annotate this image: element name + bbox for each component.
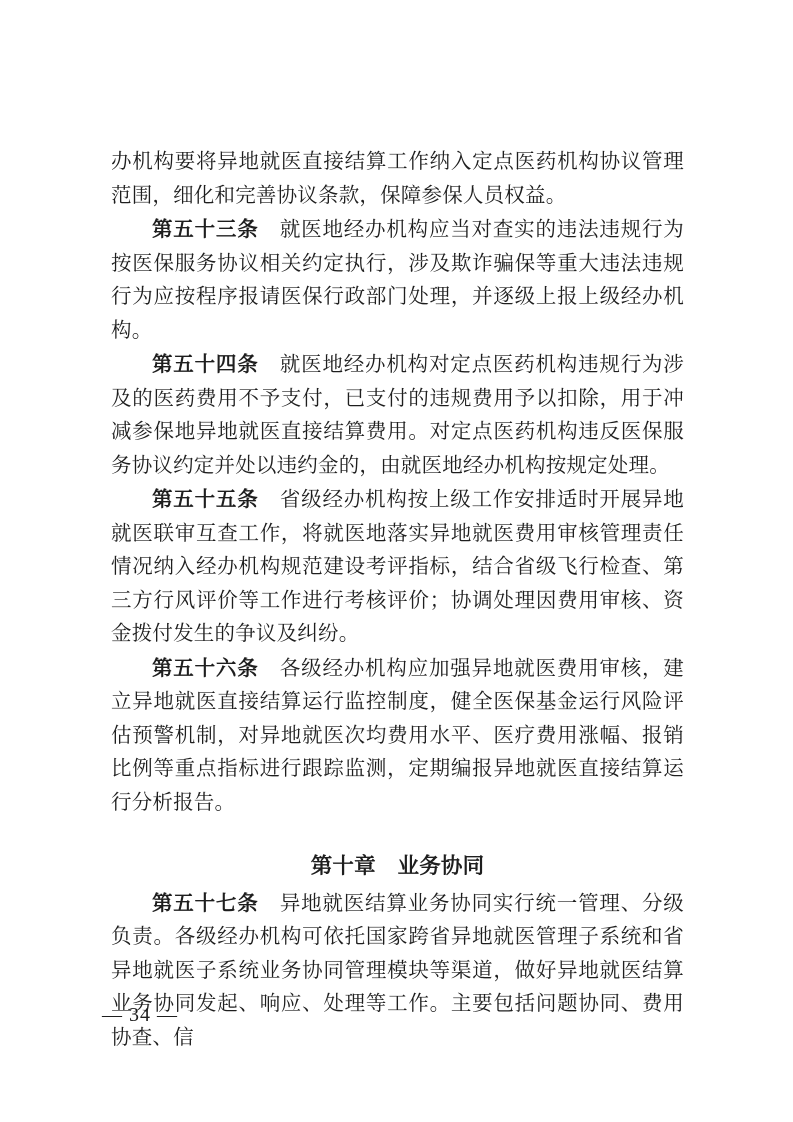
page-number: — 34 — xyxy=(102,1004,178,1027)
article-number-label: 第五十六条 xyxy=(152,657,259,680)
article-number-label: 第五十七条 xyxy=(152,892,259,915)
document-body: 办机构要将异地就医直接结算工作纳入定点医药机构协议管理范围，细化和完善协议条款，… xyxy=(111,146,684,1055)
continuation-paragraph: 办机构要将异地就医直接结算工作纳入定点医药机构协议管理范围，细化和完善协议条款，… xyxy=(111,146,684,213)
document-page: 办机构要将异地就医直接结算工作纳入定点医药机构协议管理范围，细化和完善协议条款，… xyxy=(0,0,793,1122)
article-number-label: 第五十四条 xyxy=(152,353,259,376)
article-paragraph: 第五十四条 就医地经办机构对定点医药机构违规行为涉及的医药费用不予支付，已支付的… xyxy=(111,348,684,483)
article-number-label: 第五十三条 xyxy=(152,218,259,241)
article-paragraph: 第五十三条 就医地经办机构应当对查实的违法违规行为按医保服务协议相关约定执行，涉… xyxy=(111,213,684,348)
chapter-heading: 第十章 业务协同 xyxy=(111,850,684,884)
article-paragraph: 第五十五条 省级经办机构按上级工作安排适时开展异地就医联审互查工作，将就医地落实… xyxy=(111,483,684,652)
article-paragraph: 第五十七条 异地就医结算业务协同实行统一管理、分级负责。各级经办机构可依托国家跨… xyxy=(111,887,684,1056)
article-number-label: 第五十五条 xyxy=(152,488,259,511)
article-paragraph: 第五十六条 各级经办机构应加强异地就医费用审核，建立异地就医直接结算运行监控制度… xyxy=(111,652,684,821)
